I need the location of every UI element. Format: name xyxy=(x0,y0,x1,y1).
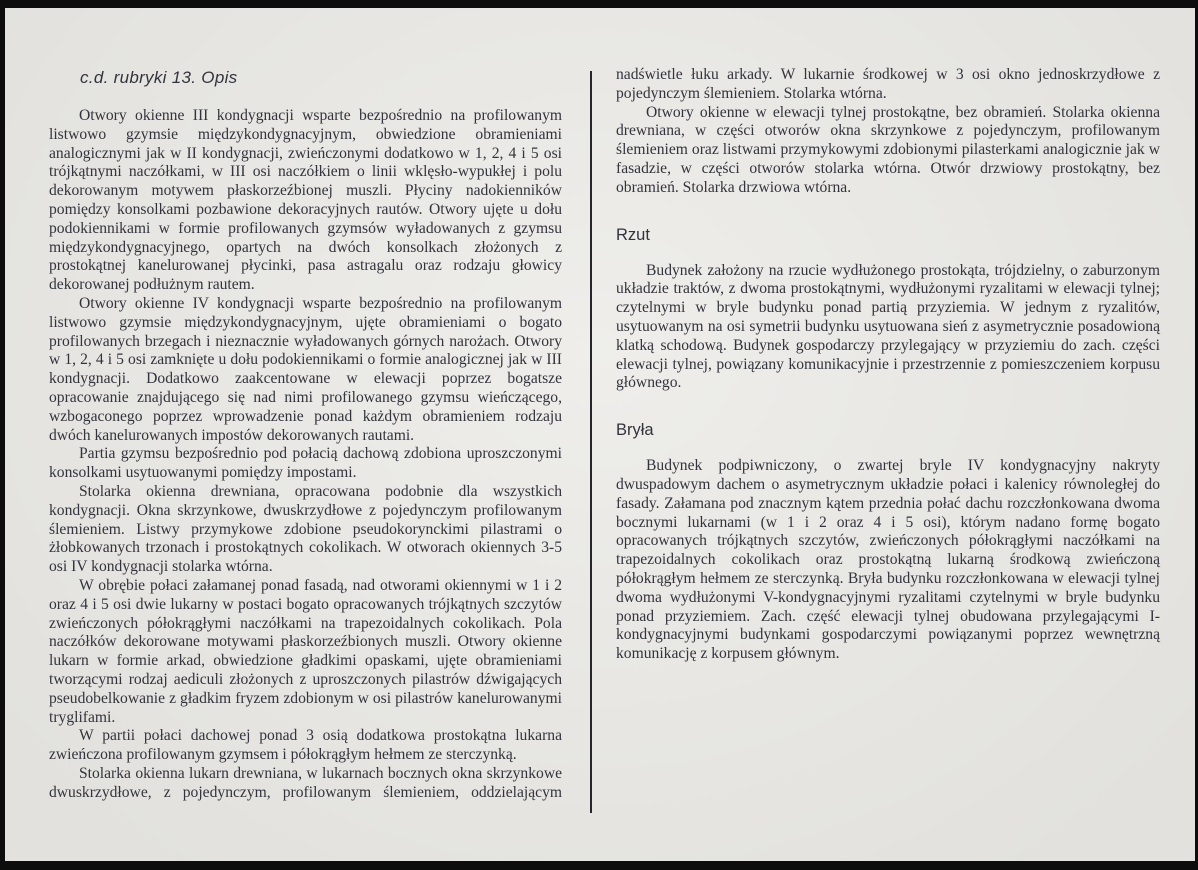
scanned-document: { "document": { "heading": "c.d. rubryki… xyxy=(0,0,1198,870)
column-divider xyxy=(590,71,592,813)
paragraph: Otwory okienne IV kondygnacji wsparte be… xyxy=(49,295,562,445)
section-heading-bryla: Bryła xyxy=(616,421,1160,440)
paragraph: W obrębie połaci załamanej ponad fasadą,… xyxy=(49,577,562,727)
paragraph: W partii połaci dachowej ponad 3 osią do… xyxy=(49,727,562,765)
paragraph: Stolarka okienna drewniana, opracowana p… xyxy=(49,483,562,577)
paragraph: Partia gzymsu bezpośrednio pod połacią d… xyxy=(49,445,562,483)
page-heading: c.d. rubryki 13. Opis xyxy=(80,68,237,88)
paragraph-continuation: nadświetle łuku arkady. W lukarnie środk… xyxy=(616,66,1160,104)
left-column: Otwory okienne III kondygnacji wsparte b… xyxy=(49,107,562,802)
paper-page: c.d. rubryki 13. Opis Otwory okienne III… xyxy=(5,8,1195,861)
right-column: nadświetle łuku arkady. W lukarnie środk… xyxy=(616,66,1160,664)
paragraph: Otwory okienne w elewacji tylnej prostok… xyxy=(616,104,1160,198)
paragraph: Budynek założony na rzucie wydłużonego p… xyxy=(616,262,1160,394)
paragraph: Otwory okienne III kondygnacji wsparte b… xyxy=(49,107,562,295)
paragraph-continued-next-column: Stolarka okienna lukarn drewniana, w luk… xyxy=(49,765,562,803)
paragraph: Budynek podpiwniczony, o zwartej bryle I… xyxy=(616,457,1160,664)
section-heading-rzut: Rzut xyxy=(616,226,1160,245)
